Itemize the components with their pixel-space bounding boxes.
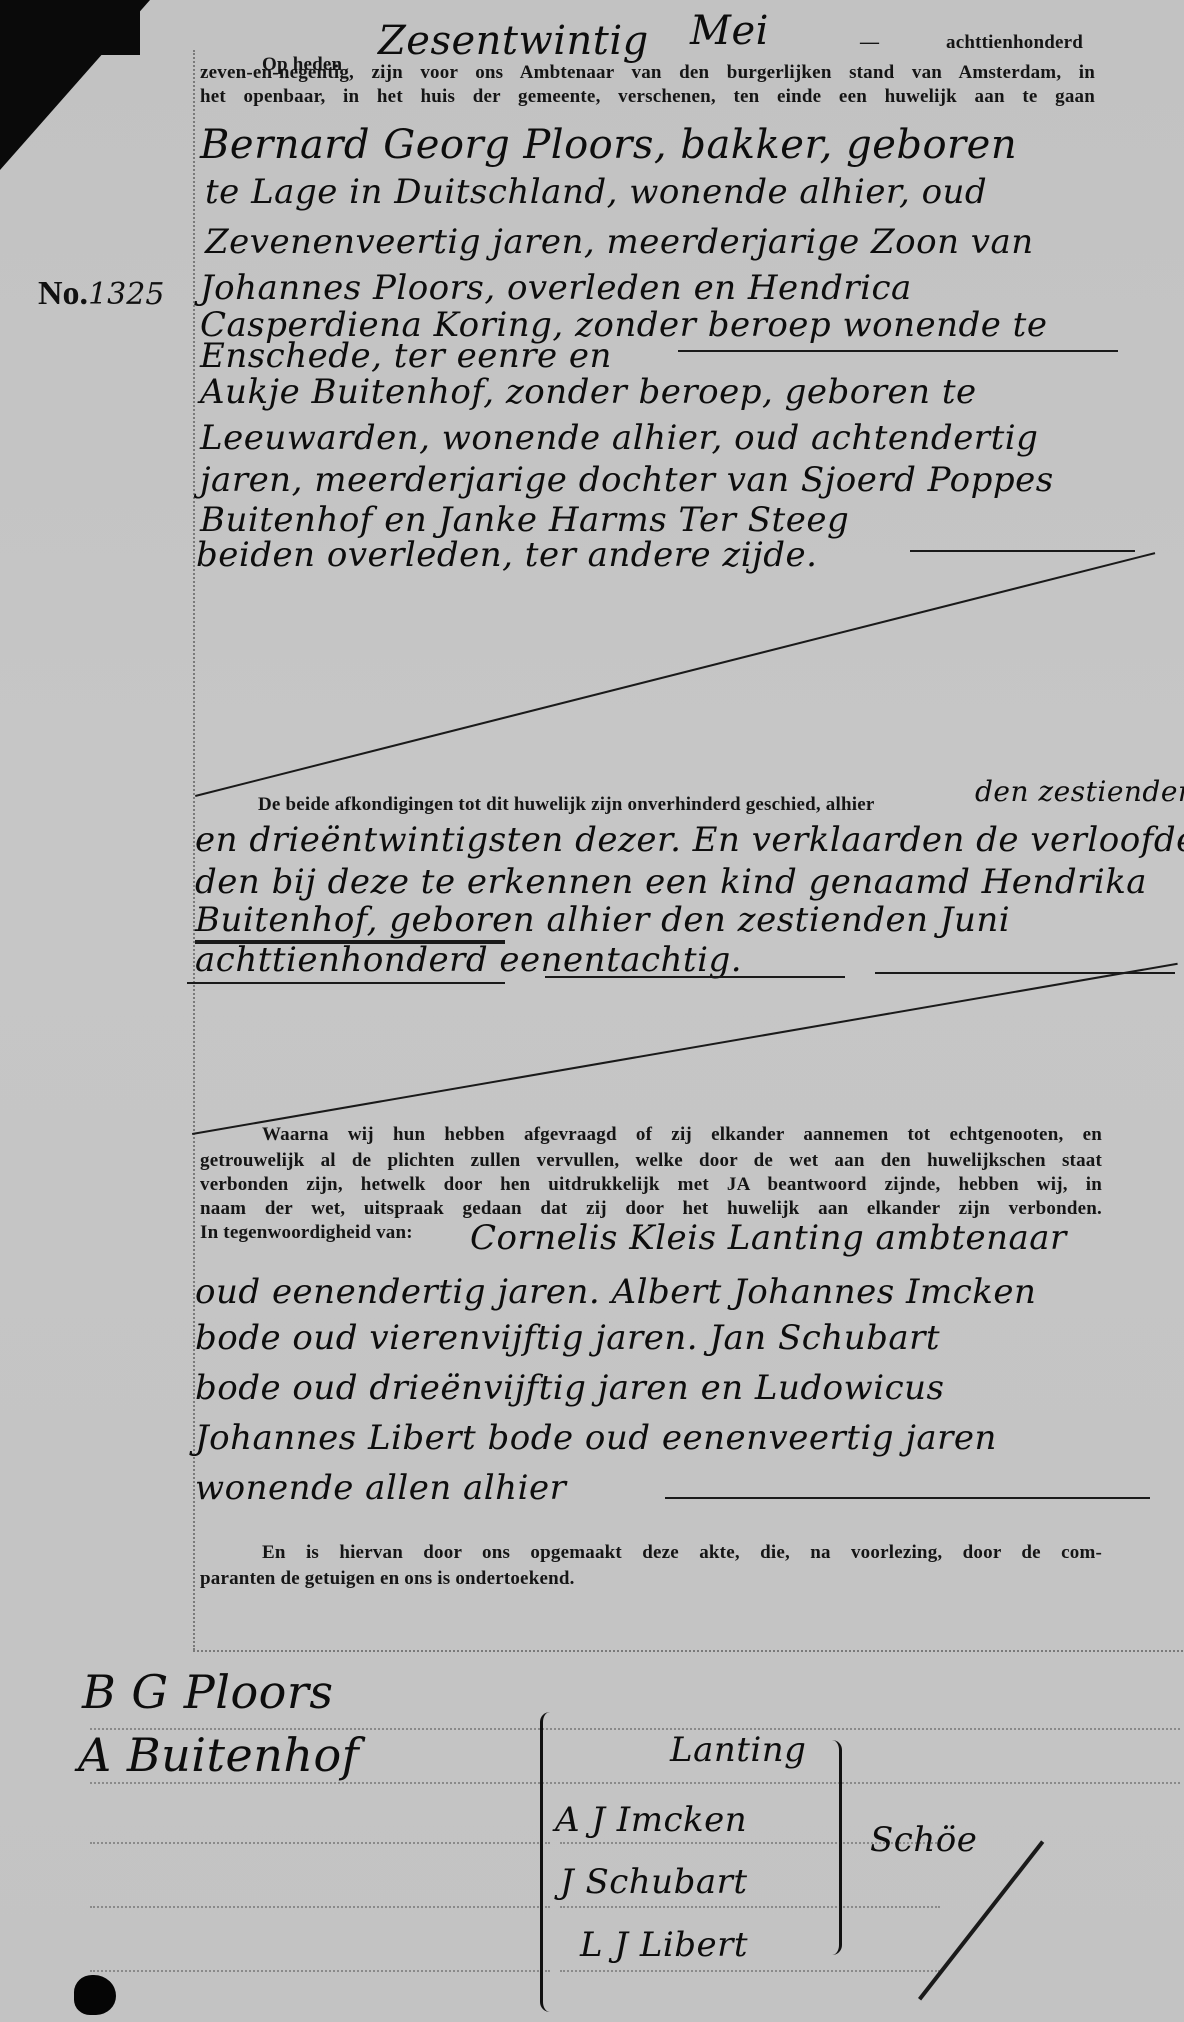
groom-line: Johannes Ploors, overleden en Hendrica <box>200 268 912 308</box>
banns-line: Buitenhof, geboren alhier den zestienden… <box>195 900 1010 940</box>
bride-line: Aukje Buitenhof, zonder beroep, geboren … <box>200 372 977 412</box>
fill-line <box>678 350 1118 352</box>
bride-line: beiden overleden, ter andere zijde. <box>196 535 817 575</box>
fill-line <box>665 1497 1150 1499</box>
signature-dotted-line <box>90 1970 550 1972</box>
official-signature: Schöe <box>870 1820 977 1860</box>
certificate-number: No.1325 <box>38 275 164 313</box>
groom-line: Bernard Georg Ploors, bakker, geboren <box>200 122 1017 168</box>
witness-line: Cornelis Kleis Lanting ambtenaar <box>470 1218 1067 1258</box>
groom-line: Enschede, ter eenre en <box>200 336 612 376</box>
printed-presence: In tegenwoordigheid van: <box>200 1220 413 1246</box>
official-flourish <box>918 1840 1044 2000</box>
groom-line: Zevenenveertig jaren, meerderjarige Zoon… <box>205 222 1034 262</box>
signature-dotted-line <box>90 1842 550 1844</box>
bride-line: jaren, meerderjarige dochter van Sjoerd … <box>200 460 1054 500</box>
printed-header-line-3: het openbaar, in het huis der gemeente, … <box>200 84 1095 110</box>
banns-line: en drieëntwintigsten dezer. En verklaard… <box>195 820 1184 860</box>
printed-achttienhonderd: achttienhonderd <box>946 30 1083 56</box>
hand-day: Zesentwintig <box>378 18 649 64</box>
certificate-number-label: No. <box>38 275 88 312</box>
fill-line <box>545 976 845 978</box>
witness-line: bode oud vierenvijftig jaren. Jan Schuba… <box>195 1318 940 1358</box>
hand-month: Mei <box>690 8 769 54</box>
scan-corner-shadow <box>0 0 140 55</box>
vows-line: verbonden zijn, hetwelk door hen uitdruk… <box>200 1172 1102 1198</box>
banns-line: den bij deze te erkennen een kind genaam… <box>195 862 1147 902</box>
bride-signature: A Buitenhof <box>78 1728 359 1782</box>
witness-signature: J Schubart <box>560 1862 748 1902</box>
form-bottom-rule <box>193 1650 1183 1652</box>
vows-line: Waarna wij hun hebben afgevraagd of zij … <box>262 1122 1102 1148</box>
banns-hand-first: den zestienden <box>975 775 1184 808</box>
witness-line: bode oud drieënvijftig jaren en Ludowicu… <box>195 1368 945 1408</box>
witness-line: oud eenendertig jaren. Albert Johannes I… <box>195 1272 1036 1312</box>
fill-line <box>187 982 505 984</box>
witness-signature: L J Libert <box>580 1925 748 1965</box>
groom-signature: B G Ploors <box>82 1665 333 1719</box>
witness-line: Johannes Libert bode oud eenenveertig ja… <box>195 1418 997 1458</box>
vows-line: getrouwelijk al de plichten zullen vervu… <box>200 1148 1102 1174</box>
closing-line: En is hiervan door ons opgemaakt deze ak… <box>262 1540 1102 1566</box>
signature-brace-right <box>825 1740 842 1955</box>
fill-line <box>910 550 1135 552</box>
signature-dotted-line <box>560 1906 940 1908</box>
bride-line: Buitenhof en Janke Harms Ter Steeg <box>200 500 849 540</box>
bride-line: Leeuwarden, wonende alhier, oud achtende… <box>200 418 1038 458</box>
signature-brace-left <box>540 1712 557 2012</box>
ink-blot <box>74 1975 116 2015</box>
witness-line: wonende allen alhier <box>195 1468 566 1508</box>
certificate-number-value: 1325 <box>88 277 164 312</box>
printed-header-line-2: zeven-en-negentig, zijn voor ons Ambtena… <box>200 60 1095 86</box>
document-page: No.1325 Zesentwintig Mei Op heden — acht… <box>0 0 1184 2022</box>
witness-signature: Lanting <box>670 1730 806 1770</box>
witness-signature: A J Imcken <box>555 1800 747 1840</box>
signature-dotted-line <box>90 1906 550 1908</box>
strike-through-diagonal <box>195 552 1155 797</box>
printed-banns-text: De beide afkondigingen tot dit huwelijk … <box>258 792 875 818</box>
groom-line: te Lage in Duitschland, wonende alhier, … <box>205 172 987 212</box>
header-dash: — <box>860 30 879 56</box>
closing-line: paranten de getuigen en ons is ondertoek… <box>200 1566 575 1592</box>
banns-line: achttienhonderd eenentachtig. <box>195 940 742 980</box>
strike-through-diagonal <box>192 963 1178 1135</box>
signature-dotted-line <box>90 1782 1180 1784</box>
signature-dotted-line <box>560 1970 940 1972</box>
